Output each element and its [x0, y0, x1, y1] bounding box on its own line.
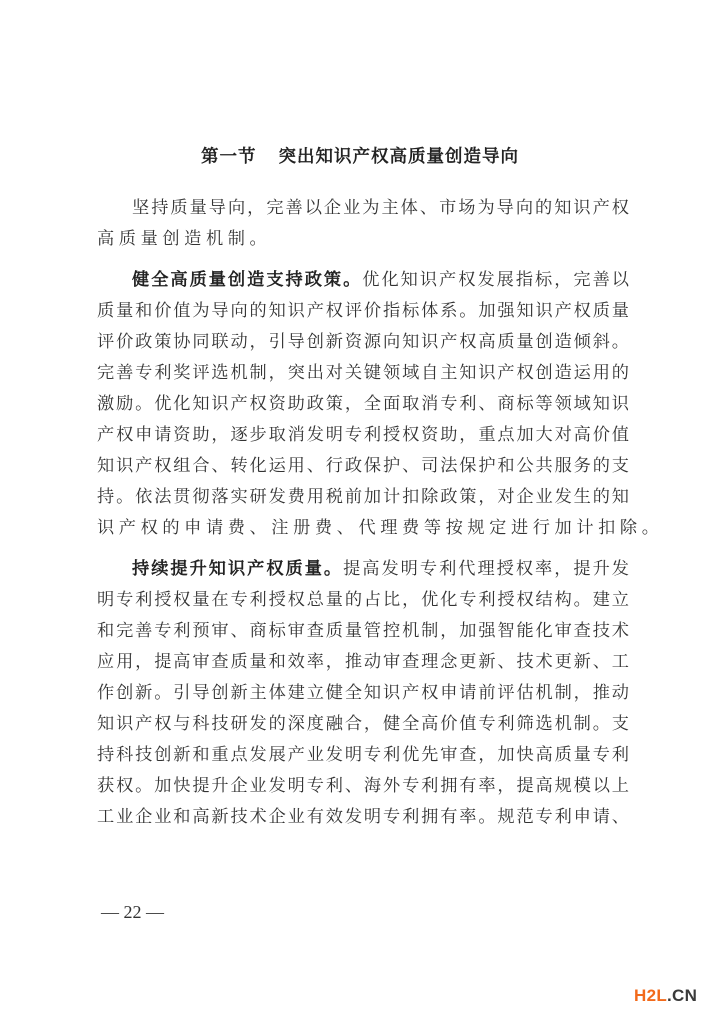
section-label: 第一节 — [201, 147, 257, 167]
paragraph-3-line-7: 持科技创新和重点发展产业发明专利优先审查，加快高质量专利 — [97, 740, 629, 770]
paragraph-2-line-9: 识产权的申请费、注册费、代理费等按规定进行加计扣除。 — [97, 513, 629, 543]
paragraph-3-line-8: 获权。加快提升企业发明专利、海外专利拥有率，提高规模以上 — [97, 771, 629, 801]
paragraph-2-line-1: 健全高质量创造支持政策。优化知识产权发展指标，完善以 — [132, 265, 629, 295]
paragraph-2-heading: 健全高质量创造支持政策。 — [132, 270, 362, 290]
watermark-logo-part1: H2L — [634, 986, 667, 1005]
paragraph-1-line-1: 坚持质量导向，完善以企业为主体、市场为导向的知识产权 — [132, 193, 629, 223]
paragraph-3-heading: 持续提升知识产权质量。 — [132, 559, 343, 579]
paragraph-3-line-9: 工业企业和高新技术企业有效发明专利拥有率。规范专利申请、 — [97, 802, 629, 832]
paragraph-3-line-6: 知识产权与科技研发的深度融合，健全高价值专利筛选机制。支 — [97, 709, 629, 739]
paragraph-2-line-8: 持。依法贯彻落实研发费用税前加计扣除政策，对企业发生的知 — [97, 482, 629, 512]
watermark-logo-part2: .CN — [667, 986, 697, 1005]
paragraph-3-line-1: 持续提升知识产权质量。提高发明专利代理授权率，提升发 — [132, 554, 629, 584]
paragraph-3-line-4: 应用，提高审查质量和效率，推动审查理念更新、技术更新、工 — [97, 647, 629, 677]
paragraph-2-line-6: 产权申请资助，逐步取消发明专利授权资助，重点加大对高价值 — [97, 420, 629, 450]
section-title: 第一节突出知识产权高质量创造导向 — [0, 143, 720, 168]
paragraph-3-line-5: 作创新。引导创新主体建立健全知识产权申请前评估机制，推动 — [97, 678, 629, 708]
document-page: 第一节突出知识产权高质量创造导向 坚持质量导向，完善以企业为主体、市场为导向的知… — [0, 0, 720, 1018]
paragraph-2-line-5: 激励。优化知识产权资助政策，全面取消专利、商标等领域知识 — [97, 389, 629, 419]
paragraph-3-line-2: 明专利授权量在专利授权总量的占比，优化专利授权结构。建立 — [97, 585, 629, 615]
paragraph-2-line-7: 知识产权组合、转化运用、行政保护、司法保护和公共服务的支 — [97, 451, 629, 481]
page-number: — 22 — — [101, 902, 164, 923]
paragraph-3-line-3: 和完善专利预审、商标审查质量管控机制，加强智能化审查技术 — [97, 616, 629, 646]
paragraph-2-line-3: 评价政策协同联动，引导创新资源向知识产权高质量创造倾斜。 — [97, 327, 629, 357]
watermark-logo: H2L.CN — [634, 986, 697, 1006]
section-heading: 突出知识产权高质量创造导向 — [279, 147, 520, 167]
paragraph-1-line-2: 高质量创造机制。 — [97, 224, 629, 254]
paragraph-2-line-2: 质量和价值为导向的知识产权评价指标体系。加强知识产权质量 — [97, 296, 629, 326]
paragraph-2-line-4: 完善专利奖评选机制，突出对关键领域自主知识产权创造运用的 — [97, 358, 629, 388]
